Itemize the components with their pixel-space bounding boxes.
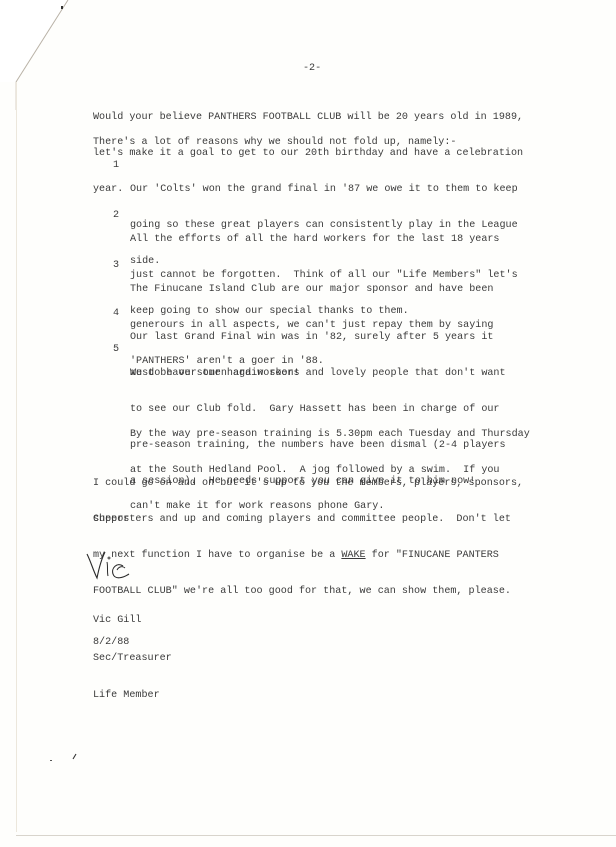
- stray-pen-marks: [40, 740, 100, 780]
- reason-line: The Finucane Island Club are our major s…: [130, 284, 493, 296]
- signatory-name: Vic Gill: [93, 615, 172, 628]
- page-left-edge: [16, 82, 17, 832]
- page-bottom-edge: [16, 835, 616, 836]
- training-line: By the way pre-season training is 5.30pm…: [130, 429, 530, 441]
- closing-line: my next function I have to organise be a…: [93, 550, 523, 562]
- signatory-title: Sec/Treasurer: [93, 653, 172, 666]
- handwritten-signature: [83, 548, 143, 584]
- reason-number: 1: [113, 160, 119, 171]
- letter-date: 8/2/88: [93, 637, 129, 648]
- reason-line: All the efforts of all the hard workers …: [130, 234, 518, 246]
- reason-number: 3: [113, 260, 119, 271]
- reason-line: Our 'Colts' won the grand final in '87 w…: [130, 184, 518, 196]
- reasons-lead: There's a lot of reasons why we should n…: [93, 137, 456, 149]
- letter-page: -2- Would your believe PANTHERS FOOTBALL…: [0, 0, 616, 847]
- signatory-block: Vic Gill Sec/Treasurer Life Member: [93, 590, 172, 728]
- sign-off: Cheers: [93, 514, 129, 526]
- signatory-role: Life Member: [93, 690, 172, 703]
- intro-line: let's make it a goal to get to our 20th …: [93, 148, 523, 160]
- intro-line: Would your believe PANTHERS FOOTBALL CLU…: [93, 112, 523, 124]
- reason-number: 5: [113, 344, 119, 355]
- underlined-word: WAKE: [341, 550, 365, 561]
- reason-line: We do have some hard workers and lovely …: [130, 368, 506, 380]
- reason-number: 2: [113, 210, 119, 221]
- page-number: -2-: [303, 63, 321, 74]
- reason-number: 4: [113, 308, 119, 319]
- closing-line: supporters and up and coming players and…: [93, 514, 523, 526]
- reason-line: Our last Grand Final win was in '82, sur…: [130, 332, 493, 344]
- corner-fold-line: [0, 0, 80, 110]
- closing-line: I could go on and on but it's up to you …: [93, 478, 523, 490]
